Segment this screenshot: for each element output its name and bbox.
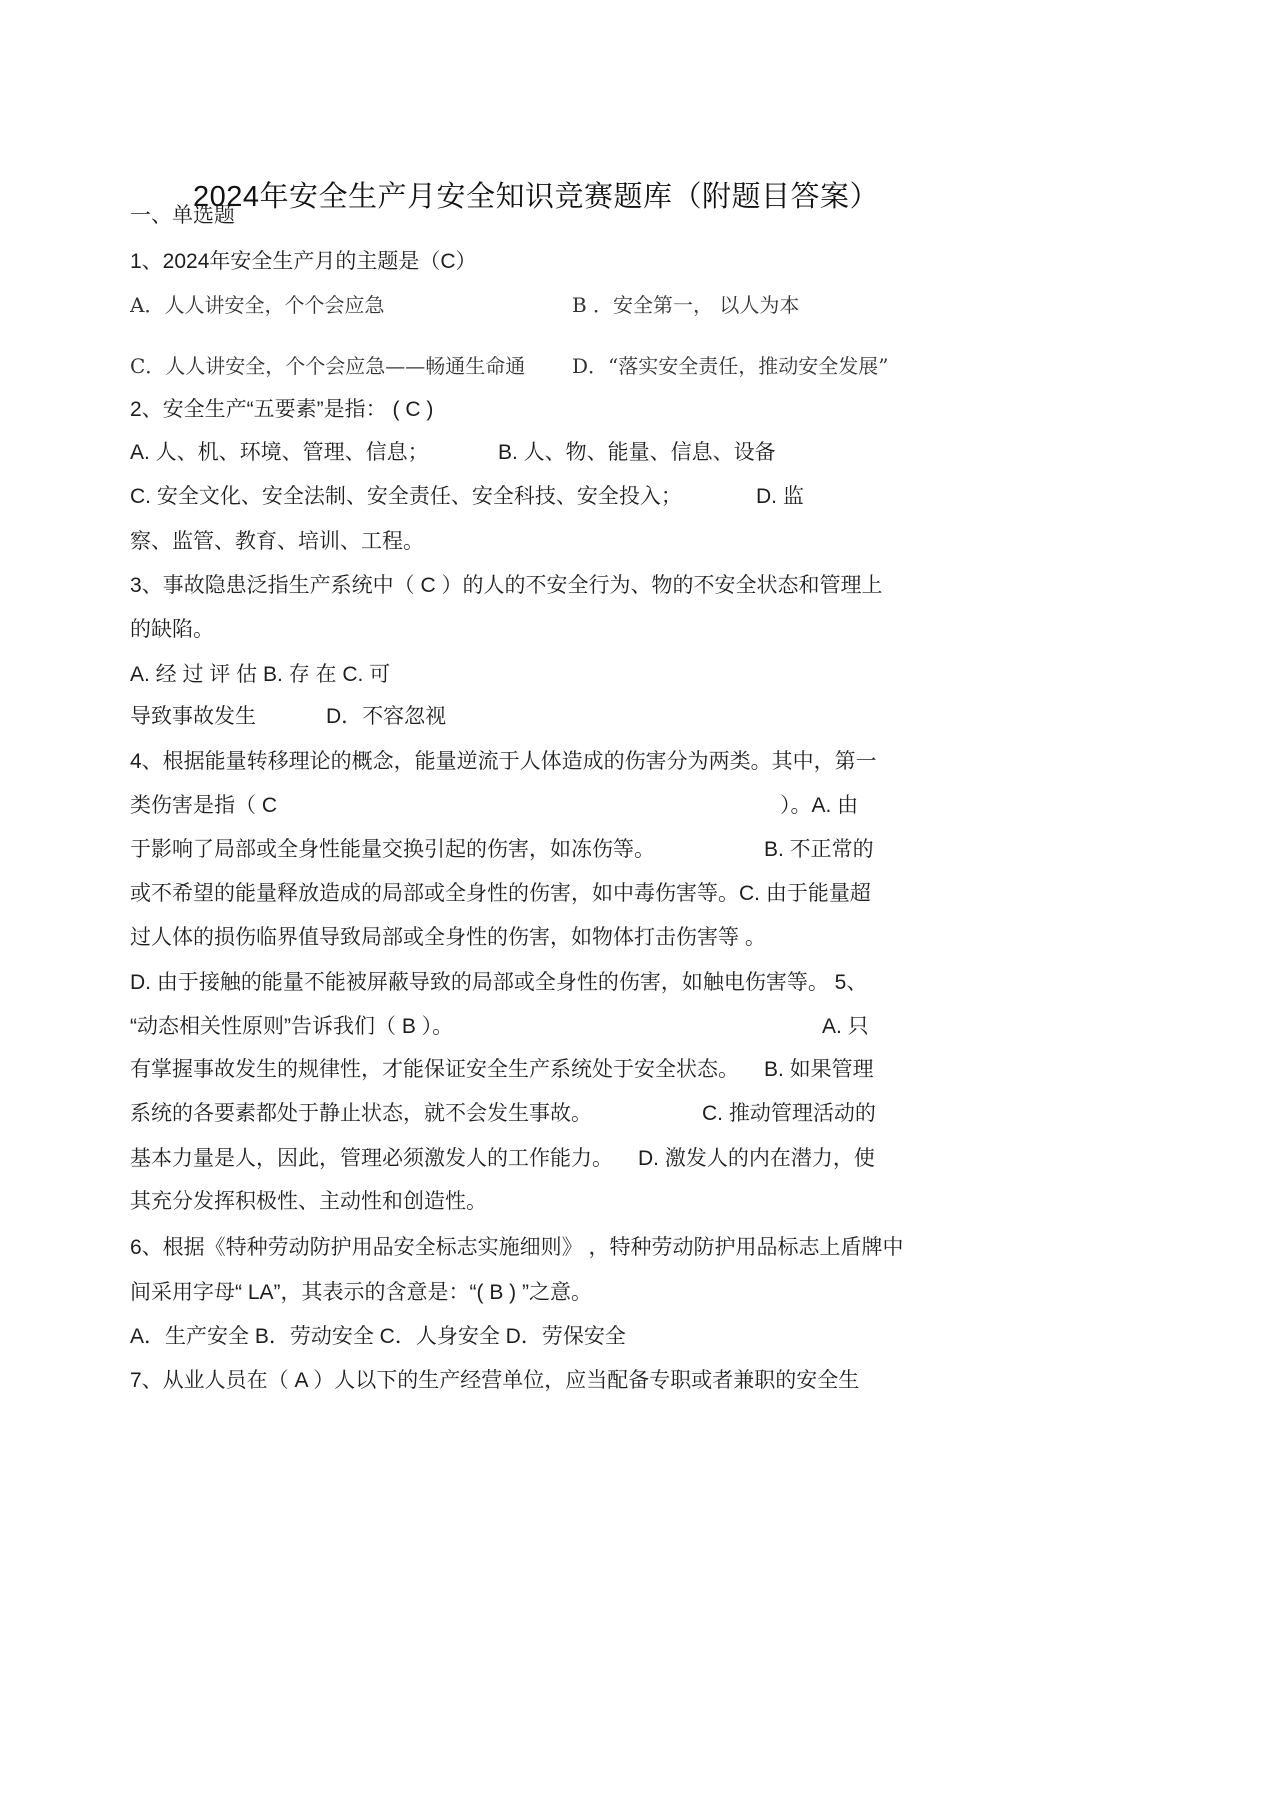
- question-4: 4、根据能量转移理论的概念，能量逆流于人体造成的伤害分为两类。其中，第一: [130, 748, 877, 776]
- q1-option-b: B ．安全第一， 以人为本: [572, 291, 799, 319]
- q3-option-d: D．不容忽视: [326, 703, 446, 731]
- document-page: 2024年安全生产月安全知识竞赛题库（附题目答案） 一、单选题 1、2024年安…: [0, 0, 1274, 1804]
- q5-option-b-cont: 系统的各要素都处于静止状态，就不会发生事故。: [130, 1100, 592, 1128]
- q4-option-a-start: ）。A. 由: [780, 792, 858, 820]
- q1-option-a: A．人人讲安全，个个会应急: [130, 291, 384, 319]
- q4-option-b-start: B. 不正常的: [764, 836, 874, 864]
- q1-option-c: C．人人讲安全，个个会应急——畅通生命通: [130, 352, 525, 380]
- question-2: 2、安全生产“五要素”是指： ( C ): [130, 396, 433, 424]
- q2-option-d-start: D. 监: [756, 483, 804, 511]
- question-7: 7、从业人员在（ A ）人以下的生产经营单位，应当配备专职或者兼职的安全生: [130, 1367, 859, 1395]
- question-6: 6、根据《特种劳动防护用品安全标志实施细则》 ，特种劳动防护用品标志上盾牌中: [130, 1234, 904, 1262]
- document-title: 2024年安全生产月安全知识竞赛题库（附题目答案）: [193, 174, 879, 215]
- q3-option-c-cont: 导致事故发生: [130, 703, 256, 731]
- section-heading: 一、单选题: [130, 202, 235, 230]
- q5-option-c-start: C. 推动管理活动的: [702, 1100, 876, 1128]
- question-4-blank: 类伤害是指（ C: [130, 792, 277, 820]
- question-3-cont: 的缺陷。: [130, 616, 214, 644]
- q2-option-c: C. 安全文化、安全法制、安全责任、安全科技、安全投入；: [130, 483, 682, 511]
- q4-option-b-cont: 或不希望的能量释放造成的局部或全身性的伤害，如中毒伤害等。C. 由于能量超: [130, 880, 871, 908]
- q5-option-c-cont: 基本力量是人，因此，管理必须激发人的工作能力。: [130, 1145, 613, 1173]
- q3-options-row1: A. 经 过 评 估 B. 存 在 C. 可: [130, 661, 390, 689]
- question-6-cont: 间采用字母“ LA”，其表示的含意是：“( B ) ”之意。: [130, 1279, 592, 1307]
- question-1: 1、2024年安全生产月的主题是（C）: [130, 248, 477, 276]
- q4-option-c-cont: 过人体的损伤临界值导致局部或全身性的伤害，如物体打击伤害等 。: [130, 924, 766, 952]
- question-5: “动态相关性原则”告诉我们（ B ）。: [130, 1013, 453, 1041]
- q4-option-a-cont: 于影响了局部或全身性能量交换引起的伤害，如冻伤等。: [130, 836, 655, 864]
- q1-option-d: D．“落实安全责任，推动安全发展”: [572, 352, 888, 380]
- q5-option-b-start: B. 如果管理: [764, 1056, 874, 1084]
- q5-option-a-start: A. 只: [822, 1013, 869, 1041]
- q5-option-a-cont: 有掌握事故发生的规律性，才能保证安全生产系统处于安全状态。: [130, 1056, 739, 1084]
- q2-option-d-cont: 察、监管、教育、培训、工程。: [130, 528, 424, 556]
- q5-option-d-start: D. 激发人的内在潜力，使: [638, 1145, 875, 1173]
- q2-option-b: B. 人、物、能量、信息、设备: [498, 439, 776, 467]
- q2-option-a: A. 人、机、环境、管理、信息；: [130, 439, 429, 467]
- q4-option-d: D. 由于接触的能量不能被屏蔽导致的局部或全身性的伤害，如触电伤害等。 5、: [130, 969, 867, 997]
- q5-option-d-cont: 其充分发挥积极性、主动性和创造性。: [130, 1188, 487, 1216]
- question-3: 3、事故隐患泛指生产系统中（ C ）的人的不安全行为、物的不安全状态和管理上: [130, 572, 883, 600]
- q6-options: A．生产安全 B．劳动安全 C．人身安全 D．劳保安全: [130, 1323, 626, 1351]
